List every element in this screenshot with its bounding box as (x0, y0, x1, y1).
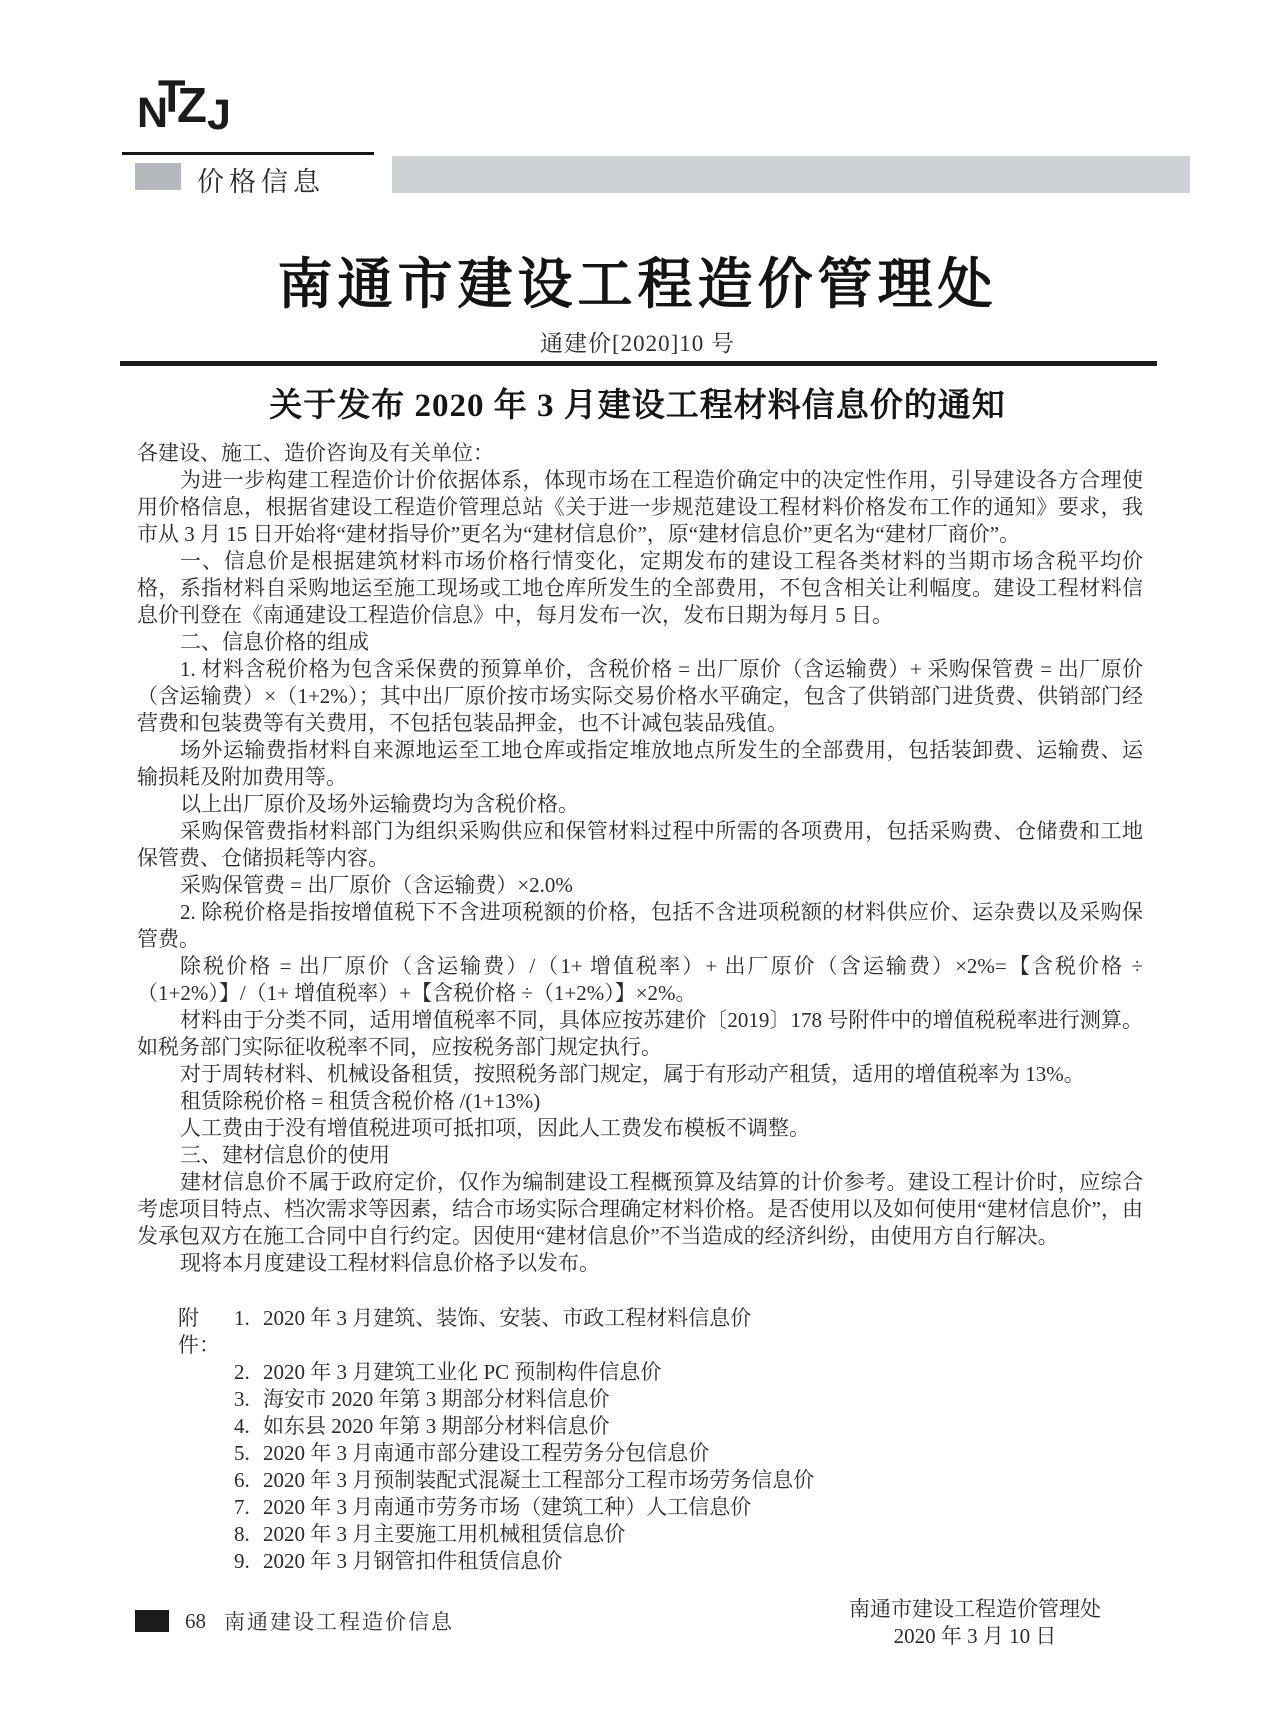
body-paragraph: 1. 材料含税价格为包含采保费的预算单价，含税价格 = 出厂原价（含运输费）+ … (137, 656, 1143, 737)
attachment-list: 附件： 1. 2020 年 3 月建筑、装饰、安装、市政工程材料信息价 2. 2… (178, 1305, 1143, 1575)
body-paragraph: 建材信息价不属于政府定价，仅作为编制建设工程概预算及结算的计价参考。建设工程计价… (137, 1169, 1143, 1250)
salutation: 各建设、施工、造价咨询及有关单位： (137, 440, 1143, 467)
ntzj-logo: N T Z J (137, 76, 1275, 152)
attachment-item: 8. 2020 年 3 月主要施工用机械租赁信息价 (178, 1521, 1143, 1548)
body-paragraph: 对于周转材料、机械设备租赁，按照税务部门规定，属于有形动产租赁，适用的增值税率为… (137, 1061, 1143, 1088)
body-paragraph: 材料由于分类不同，适用增值税率不同，具体应按苏建价〔2019〕178 号附件中的… (137, 1007, 1143, 1061)
body-paragraph: 一、信息价是根据建筑材料市场价格行情变化，定期发布的建设工程各类材料的当期市场含… (137, 548, 1143, 629)
attachment-item: 4. 如东县 2020 年第 3 期部分材料信息价 (178, 1413, 1143, 1440)
body-paragraph: 现将本月度建设工程材料信息价格予以发布。 (137, 1250, 1143, 1277)
body-paragraph: 以上出厂原价及场外运输费均为含税价格。 (137, 791, 1143, 818)
document-page: N T Z J 价格信息 南通市建设工程造价管理处 通建价[2020]10 号 … (0, 0, 1275, 1718)
doc-number: 通建价[2020]10 号 (0, 325, 1275, 358)
body-paragraph: 2. 除税价格是指按增值税下不含进项税额的价格，包括不含进项税额的材料供应价、运… (137, 899, 1143, 953)
body-paragraph: 为进一步构建工程造价计价依据体系，体现市场在工程造价确定中的决定性作用，引导建设… (137, 467, 1143, 548)
attachment-item: 附件： 1. 2020 年 3 月建筑、装饰、安装、市政工程材料信息价 (178, 1305, 1143, 1359)
org-title: 南通市建设工程造价管理处 (0, 240, 1275, 319)
section-marker-square (135, 163, 181, 190)
logo-letter-z: Z (177, 82, 207, 131)
body-paragraph: 人工费由于没有增值税进项可抵扣项，因此人工费发布模板不调整。 (137, 1115, 1143, 1142)
body-paragraph: 三、建材信息价的使用 (137, 1142, 1143, 1169)
attachment-item: 3. 海安市 2020 年第 3 期部分材料信息价 (178, 1386, 1143, 1413)
attachment-item: 2. 2020 年 3 月建筑工业化 PC 预制构件信息价 (178, 1359, 1143, 1386)
section-label: 价格信息 (197, 160, 325, 199)
attachment-item: 9. 2020 年 3 月钢管扣件租赁信息价 (178, 1548, 1143, 1575)
body-paragraph: 采购保管费指材料部门为组织采购供应和保管材料过程中所需的各项费用，包括采购费、仓… (137, 818, 1143, 872)
logo-letter-j: J (207, 94, 231, 137)
masthead: N T Z J 价格信息 (137, 76, 1275, 196)
body-paragraph-formula: 租赁除税价格 = 租赁含税价格 /(1+13%) (137, 1088, 1143, 1115)
attachment-item: 7. 2020 年 3 月南通市劳务市场（建筑工种）人工信息价 (178, 1494, 1143, 1521)
notice-title: 关于发布 2020 年 3 月建设工程材料信息价的通知 (0, 379, 1275, 426)
attachment-label: 附件： (178, 1305, 234, 1359)
header-gray-bar (392, 156, 1190, 193)
body-paragraph-formula: 除税价格 = 出厂原价（含运输费）/（1+ 增值税率）+ 出厂原价（含运输费）×… (137, 953, 1143, 1007)
journal-title: 南通建设工程造价信息 (224, 1606, 454, 1636)
attachment-item: 5. 2020 年 3 月南通市部分建设工程劳务分包信息价 (178, 1440, 1143, 1467)
body-paragraph: 场外运输费指材料自来源地运至工地仓库或指定堆放地点所发生的全部费用，包括装卸费、… (137, 737, 1143, 791)
section-band: 价格信息 (137, 155, 1275, 193)
body-paragraph: 二、信息价格的组成 (137, 629, 1143, 656)
signature-date: 2020 年 3 月 10 日 (849, 1623, 1101, 1650)
page-footer: 68 南通建设工程造价信息 (135, 1606, 454, 1636)
notice-body: 各建设、施工、造价咨询及有关单位： 为进一步构建工程造价计价依据体系，体现市场在… (137, 440, 1143, 1650)
body-paragraph-formula: 采购保管费 = 出厂原价（含运输费）×2.0% (137, 872, 1143, 899)
title-rule (120, 361, 1157, 366)
signature-org: 南通市建设工程造价管理处 (849, 1596, 1101, 1623)
footer-marker-square (135, 1610, 169, 1632)
attachment-item: 6. 2020 年 3 月预制装配式混凝土工程部分工程市场劳务信息价 (178, 1467, 1143, 1494)
page-number: 68 (185, 1609, 206, 1634)
